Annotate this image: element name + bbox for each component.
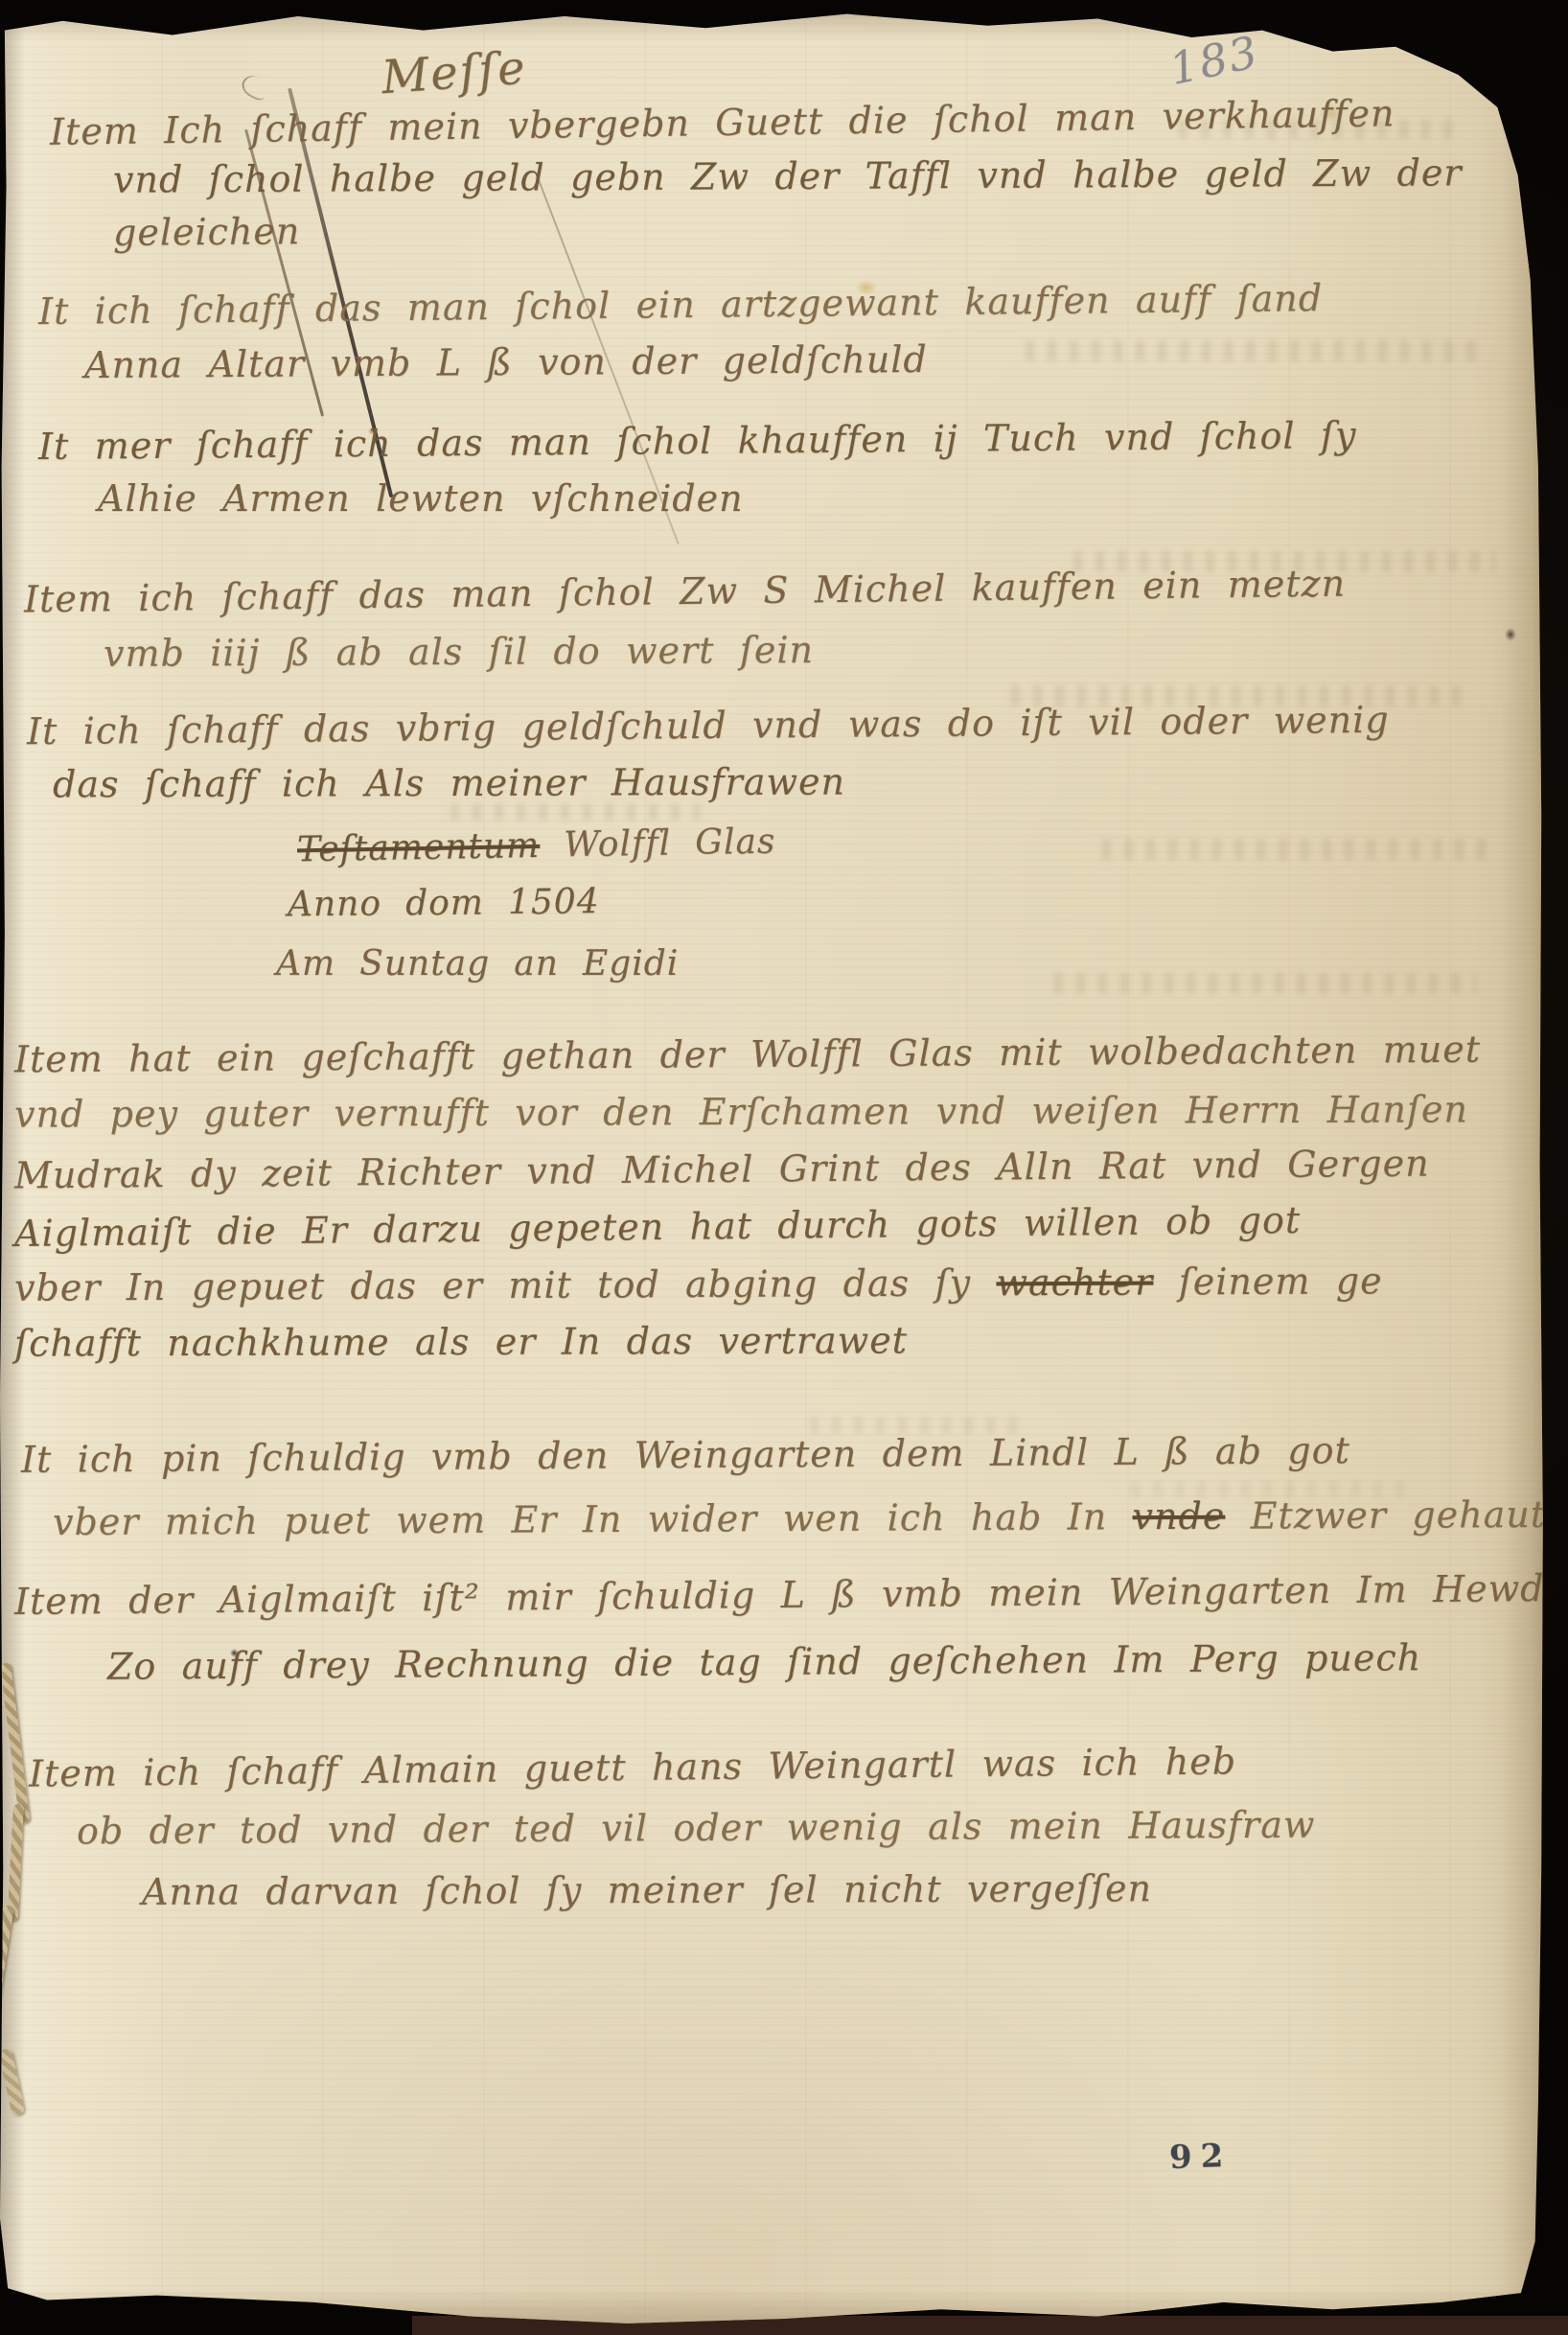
testament-date-line: Anno dom 1504 <box>288 883 600 925</box>
manuscript-line: Mudrak dy zeit Richter vnd Michel Grint … <box>14 1143 1430 1197</box>
manuscript-line: Zo auff drey Rechnung die tag ſind geſch… <box>107 1636 1421 1688</box>
manuscript-line: vnd ſchol halbe geld gebn Zw der Taffl v… <box>113 151 1463 200</box>
manuscript-line: Item ich ſchaff Almain guett hans Weinga… <box>29 1740 1236 1794</box>
manuscript-line: Item ich ſchaff das man ſchol Zw S Miche… <box>24 563 1346 621</box>
testament-title-line: Teſtamentum Wolffl Glas <box>297 822 776 870</box>
manuscript-line: Aiglmaiſt die Er darzu gepeten hat durch… <box>14 1199 1302 1255</box>
bleedthrough-mark <box>1102 839 1495 860</box>
manuscript-line: vber In gepuet das er mit tod abging das… <box>14 1260 1383 1308</box>
manuscript-line: Alhie Armen lewten vſchneiden <box>98 477 744 520</box>
manuscript-line: It ich ſchaff das vbrig geldſchuld vnd w… <box>27 699 1390 752</box>
manuscript-line: das ſchaff ich Als meiner Hausfrawen <box>53 761 845 806</box>
manuscript-line: ſchafft nachkhume als er In das vertrawe… <box>14 1319 908 1364</box>
manuscript-line: It ich pin ſchuldig vmb den Weingarten d… <box>21 1429 1350 1481</box>
manuscript-line: ob der tod vnd der ted vil oder wenig al… <box>77 1804 1316 1853</box>
testament-day-line: Am Suntag an Egidi <box>276 944 679 983</box>
stamped-page-number: 92 <box>1168 2137 1233 2177</box>
bleedthrough-mark <box>1054 973 1476 994</box>
manuscript-line: Item der Aiglmaiſt iſt² mir ſchuldig L ß… <box>14 1567 1545 1623</box>
manuscript-line: Item hat ein geſchafft gethan der Wolffl… <box>14 1029 1481 1081</box>
manuscript-line: Anna Altar vmb L ß von der geldſchuld <box>84 338 928 386</box>
manuscript-line: Anna darvan ſchol ſy meiner ſel nicht ve… <box>142 1867 1152 1913</box>
manuscript-line: It mer ſchaff ich das man ſchol khauffen… <box>38 414 1357 468</box>
deckled-right-edge <box>1501 0 1568 2335</box>
manuscript-line: vmb iiij ß ab als ſil do wert ſein <box>104 629 814 675</box>
pencil-squiggle <box>238 72 271 104</box>
page-heading: Meſſe <box>380 41 528 104</box>
manuscript-line: vnd pey guter vernufft vor den Erſchamen… <box>14 1088 1468 1135</box>
manuscript-line: Item Ich ſchaff mein vbergebn Guett die … <box>50 92 1395 153</box>
manuscript-line: It ich ſchaff das man ſchol ein artzgewa… <box>38 277 1323 333</box>
torn-top-edge <box>0 0 1568 44</box>
bleedthrough-mark <box>1026 340 1476 361</box>
manuscript-page: Meſſe 183 Item Ich ſchaff mein vbergebn … <box>0 0 1568 2335</box>
manuscript-line: geleichen <box>113 210 301 254</box>
manuscript-line: vber mich puet wem Er In wider wen ich h… <box>53 1493 1546 1543</box>
bleedthrough-mark <box>450 803 700 821</box>
photographed-book-page: Meſſe 183 Item Ich ſchaff mein vbergebn … <box>0 0 1568 2335</box>
